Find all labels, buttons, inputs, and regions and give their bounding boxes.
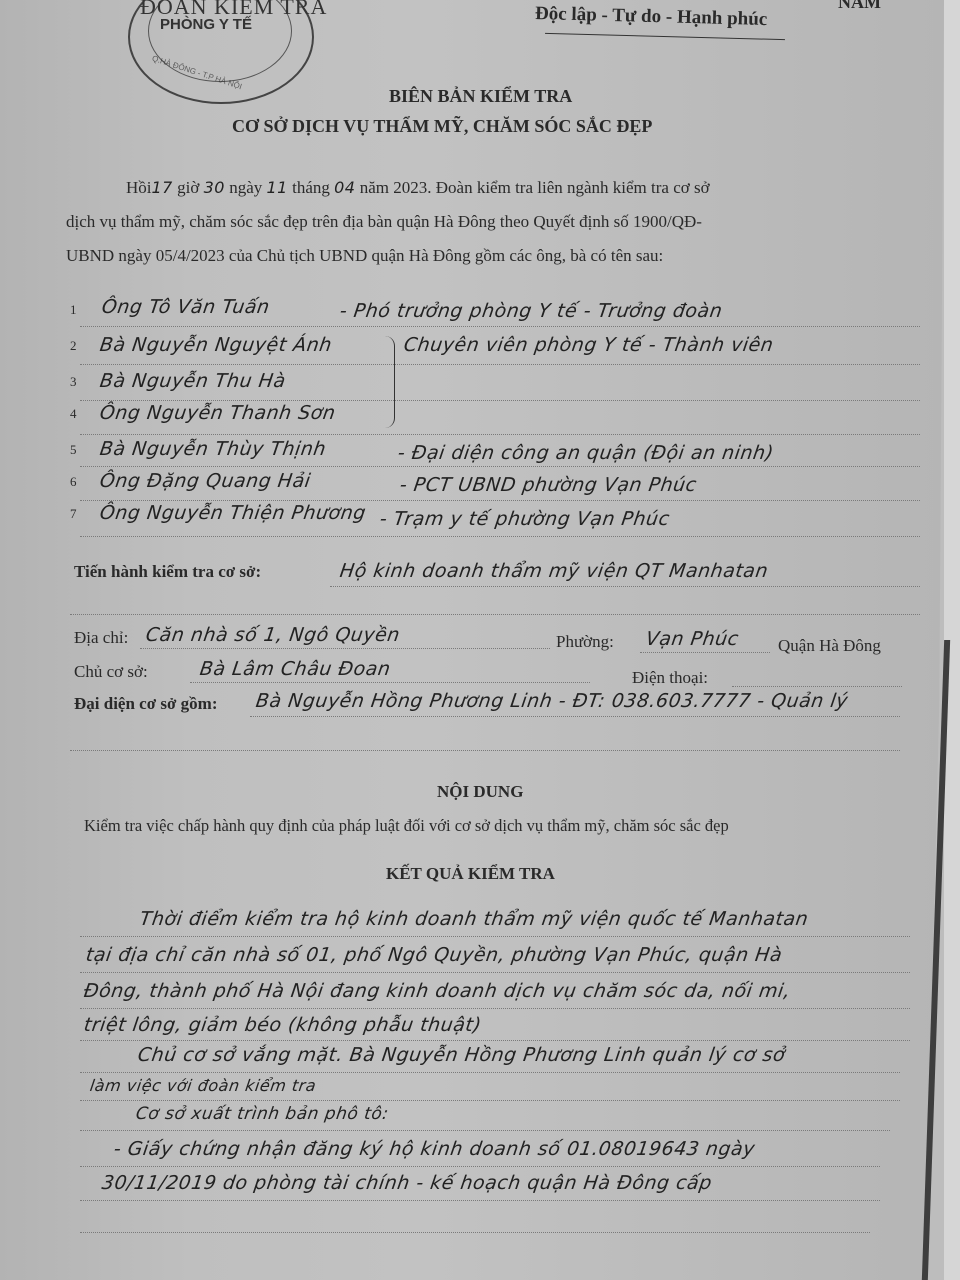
result-heading: KẾT QUẢ KIỂM TRA [386,864,555,884]
dotted-line [732,686,902,687]
hour-value: 17 [152,178,173,197]
document-title: BIÊN BẢN KIỂM TRA [389,86,572,107]
dotted-line [80,1200,880,1201]
member-number: 6 [70,474,77,490]
member-role: Chuyên viên phòng Y tế - Thành viên [402,334,775,356]
result-line: triệt lông, giảm béo (không phẫu thuật) [82,1014,482,1036]
document-subtitle: CƠ SỞ DỊCH VỤ THẨM MỸ, CHĂM SÓC SẮC ĐẸP [232,116,652,137]
dotted-line [80,364,920,365]
member-name: Bà Nguyễn Nguyệt Ánh [98,334,333,356]
address-value: Căn nhà số 1, Ngô Quyền [144,624,401,646]
label-inspect-facility: Tiến hành kiểm tra cơ sở: [74,562,261,582]
result-line: 30/11/2019 do phòng tài chính - kế hoạch… [100,1172,713,1194]
label-ward: Phường: [556,632,614,652]
result-line: tại địa chỉ căn nhà số 01, phố Ngô Quyền… [84,944,783,966]
member-number: 7 [70,506,77,522]
ward-value: Vạn Phúc [644,628,740,650]
district-text: Quận Hà Đông [778,636,881,656]
member-role: - Đại diện công an quận (Đội an ninh) [396,442,775,464]
year-text: năm 2023. Đoàn kiểm tra liên ngành kiểm … [360,178,710,197]
dotted-line [190,682,590,683]
dotted-line [80,1072,900,1073]
dotted-line [80,1130,890,1131]
intro-line-2: dịch vụ thẩm mỹ, chăm sóc sắc đẹp trên đ… [66,212,702,232]
member-name: Ông Nguyễn Thiện Phương [98,502,367,524]
member-number: 1 [70,302,77,318]
label-address: Địa chỉ: [74,628,128,648]
member-role: - Phó trưởng phòng Y tế - Trưởng đoàn [338,300,723,322]
dotted-line [80,1232,870,1233]
dotted-line [80,466,920,467]
label-hour: Hồi [126,178,152,197]
stamp-middle-text: PHÒNG Y TẾ [160,16,252,33]
result-line: Cơ sở xuất trình bản phô tô: [135,1104,390,1124]
country-name-partial: NAM [838,0,881,13]
dotted-line [80,434,920,435]
dotted-line [640,652,770,653]
dotted-line [70,614,920,615]
member-name: Bà Nguyễn Thùy Thịnh [98,438,327,460]
label-representative: Đại diện cơ sở gồm: [74,694,218,714]
minute-value: 30 [204,178,225,197]
result-line: Chủ cơ sở vắng mặt. Bà Nguyễn Hồng Phươn… [136,1044,786,1066]
representative-value: Bà Nguyễn Hồng Phương Linh - ĐT: 038.603… [254,690,849,712]
dotted-line [80,326,920,327]
month-value: 04 [334,178,355,197]
result-line: Đông, thành phố Hà Nội đang kinh doanh d… [82,980,791,1002]
label-day: ngày [229,178,262,197]
member-number: 4 [70,406,77,422]
label-month: tháng [292,178,330,197]
owner-value: Bà Lâm Châu Đoan [198,658,392,680]
intro-line-3: UBND ngày 05/4/2023 của Chủ tịch UBND qu… [66,246,663,266]
label-owner: Chủ cơ sở: [74,662,148,682]
member-name: Ông Tô Văn Tuấn [100,296,271,318]
member-number: 2 [70,338,77,354]
label-minute: giờ [177,178,199,197]
dotted-line [80,1040,910,1041]
dotted-line [80,972,910,973]
dotted-line [70,750,900,751]
day-value: 11 [266,178,287,197]
dotted-line [80,400,920,401]
member-number: 3 [70,374,77,390]
dotted-line [330,586,920,587]
content-text: Kiểm tra việc chấp hành quy định của phá… [84,816,729,836]
dotted-line [80,936,910,937]
dotted-line [140,648,550,649]
dotted-line [80,536,920,537]
result-line: - Giấy chứng nhận đăng ký hộ kinh doanh … [112,1138,756,1160]
dotted-line [250,716,900,717]
member-role: - PCT UBND phường Vạn Phúc [398,474,698,496]
intro-line-1: Hồi17 giờ 30 ngày 11 tháng 04 năm 2023. … [126,178,710,198]
dotted-line [80,1166,880,1167]
result-line: làm việc với đoàn kiểm tra [89,1076,318,1095]
dotted-line [80,500,920,501]
result-line: Thời điểm kiểm tra hộ kinh doanh thẩm mỹ… [138,908,809,930]
bracket-group-2-4 [380,336,395,428]
content-heading: NỘI DUNG [437,782,523,802]
member-name: Bà Nguyễn Thu Hà [98,370,287,392]
label-phone: Điện thoại: [632,668,708,688]
member-role: - Trạm y tế phường Vạn Phúc [378,508,671,530]
dotted-line [80,1008,910,1009]
member-name: Ông Nguyễn Thanh Sơn [98,402,337,424]
inspect-facility-value: Hộ kinh doanh thẩm mỹ viện QT Manhatan [338,560,769,582]
dotted-line [80,1100,900,1101]
member-name: Ông Đặng Quang Hải [98,470,312,492]
member-number: 5 [70,442,77,458]
